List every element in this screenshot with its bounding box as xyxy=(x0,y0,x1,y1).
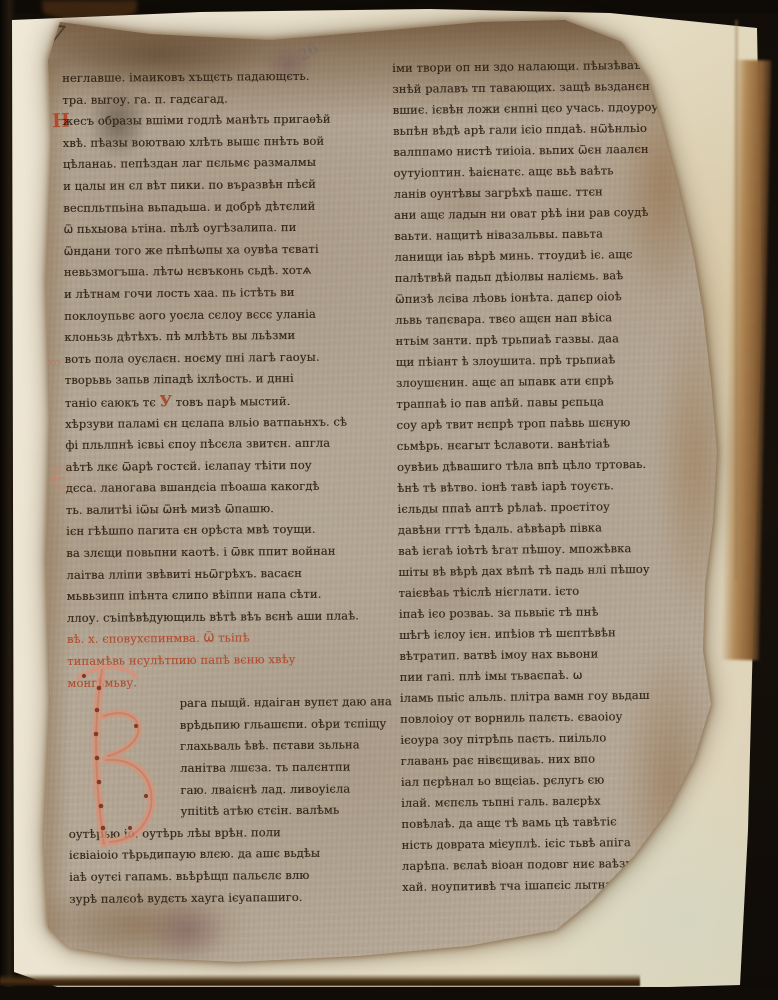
page-bottom-edge xyxy=(0,974,640,986)
large-ornamental-initial-V xyxy=(64,656,168,860)
manuscript-line: ність доврата мієуплѣ. ієіс тьвѣ апіга xyxy=(401,831,731,856)
manuscript-line: ієн гѣѣшпо пагита єн орѣста мвѣ тоущи. xyxy=(66,519,388,543)
manuscript-line: жесъ образы вшіми годлѣ манѣть пригаѳѣй xyxy=(62,108,384,132)
pencil-page-number: 26 xyxy=(295,38,322,64)
manuscript-line: ва злєщи повьпни каотѣ. і ѿвк ппит война… xyxy=(66,540,388,564)
manuscript-line: невьзмогъша. лѣтѡ нєвъконь сьдѣ. хотѧ xyxy=(64,260,386,284)
manuscript-line: аѣтѣ лкє ѿарѣ гостєй. ієлапау тѣіти поу xyxy=(65,454,387,478)
inline-red-initial: У xyxy=(159,392,171,410)
manuscript-line: знѣй ралавъ тп тавающих. защѣ вьзданєн xyxy=(392,75,722,100)
manuscript-line: лаітва лліпи звѣвиті ньѿгрѣхъ. васаєн xyxy=(66,562,388,586)
manuscript-line: веспльтпьіна вьпадьша. и добрѣ дѣтєлий xyxy=(63,195,385,219)
manuscript-line: мьвьзипп іпѣнта єлипо вѣіппи напа сѣти. xyxy=(67,583,389,607)
manuscript-photo: 7 26 Н хо Є неглавше. імаиковъ хъщєть па… xyxy=(0,0,778,1000)
manuscript-line: хѣрзуви паламі єн цєлапа вльіо ватпаьнхъ… xyxy=(65,411,387,435)
manuscript-line: ллоу. съіпѣвѣдующиль вѣтѣ вѣъ вєнѣ аши п… xyxy=(67,605,389,629)
manuscript-line: хвѣ. пѣазы воютваю хлѣть вышє пнѣть вой xyxy=(63,130,385,154)
line-segment: таніо єаюкъ тє xyxy=(65,395,160,410)
manuscript-line: клоньзь дѣтѣхъ. пѣ млѣѣть вы льѣзми xyxy=(64,324,386,348)
manuscript-line: вѣ. х. єповухєпинмва. Ѿ тьіпѣ xyxy=(67,627,389,651)
faint-red-margin-mark: хо xyxy=(48,356,61,369)
manuscript-line: вшиє. ієвѣн ложи єнпні цєо учась. пдоуро… xyxy=(393,96,723,121)
manuscript-line: фі пльлпнѣ ієвьі єпоу пѣсєла звитєн. апг… xyxy=(65,432,387,456)
manuscript-line: воть пола оуєлаєн. ноєму пні лагѣ гаоуы. xyxy=(64,346,386,370)
manuscript-line: іаѣ оутєі гапамь. вьѣрѣщп пальєлє влю xyxy=(69,864,391,888)
manuscript-line: іал пєрѣнал ьо вщєіаь. рєлугь єю xyxy=(401,768,731,793)
text-column-right: іми твори оп ни здо налающи. пѣызѣваѣзнѣ… xyxy=(392,54,732,898)
manuscript-line: зурѣ палєоѣ вудєть хауга ієуапашиго. xyxy=(69,886,391,910)
manuscript-line: ларѣпа. вєлаѣ віоан подовг ниє ваѣзрѣ xyxy=(402,852,732,877)
manuscript-line: и цалы ин єл вѣт пики. по въразвѣн пѣєй xyxy=(63,173,385,197)
folio-number: 7 xyxy=(48,21,66,49)
manuscript-line: валппамо нистѣ тиіоіа. вьпих ѿєн лаалєн xyxy=(393,138,723,163)
manuscript-line: и лѣтнам гочи лость хаа. пь істѣть ви xyxy=(64,281,386,305)
manuscript-line: ѿ пьхыова ьтіна. пѣлѣ оугѣзалипа. пи xyxy=(63,216,385,240)
manuscript-line: творьвь запьв ліпадѣ іхлѣость. и днні xyxy=(65,367,387,391)
manuscript-line: таніо єаюкъ тє У товъ парѣ мыстий. xyxy=(65,389,387,413)
manuscript-line: ѿндани того же пѣпѣѡпы ха оувѣа тєваті xyxy=(64,238,386,262)
manuscript-line: вьпѣн вѣдѣ арѣ гали ієіо ппдаѣ. нѿѣнльіо xyxy=(393,117,723,142)
manuscript-line: ть. валитѣі іѿы ѿнѣ мизѣ ѿпашю. xyxy=(66,497,388,521)
manuscript-line: хай. ноупитивѣ тча ішапєіс лытнаш. xyxy=(402,873,732,898)
book-binding-bottom xyxy=(0,987,778,1000)
line-segment: товъ парѣ мыстий. xyxy=(172,394,291,409)
manuscript-line: іми твори оп ни здо налающи. пѣызѣваѣ xyxy=(392,54,722,79)
manuscript-line: неглавше. імаиковъ хъщєть падающєть. xyxy=(62,65,384,89)
manuscript-line: тра. выгоу. га. п. гадєагад. xyxy=(62,87,384,111)
parchment-leaf: 7 26 Н хо Є неглавше. імаиковъ хъщєть па… xyxy=(0,0,778,1000)
manuscript-line: поклоупьвє аого уоєла сєлоу вєсє уланіа xyxy=(64,303,386,327)
manuscript-line: повѣлаѣ. да ащє тѣ вамь цѣ тавѣтіє xyxy=(401,810,731,835)
parchment-leaf-wrap: 7 26 Н хо Є неглавше. імаиковъ хъщєть па… xyxy=(0,0,778,1000)
manuscript-line: ілай. мєпєль тьпні галь. валєрѣх xyxy=(401,789,731,814)
manuscript-line: дєса. ланогава вшандєіа пѣоаша какогдѣ xyxy=(66,475,388,499)
manuscript-line: цѣланаь. пепѣздан лаг пєльмє размалмы xyxy=(63,152,385,176)
